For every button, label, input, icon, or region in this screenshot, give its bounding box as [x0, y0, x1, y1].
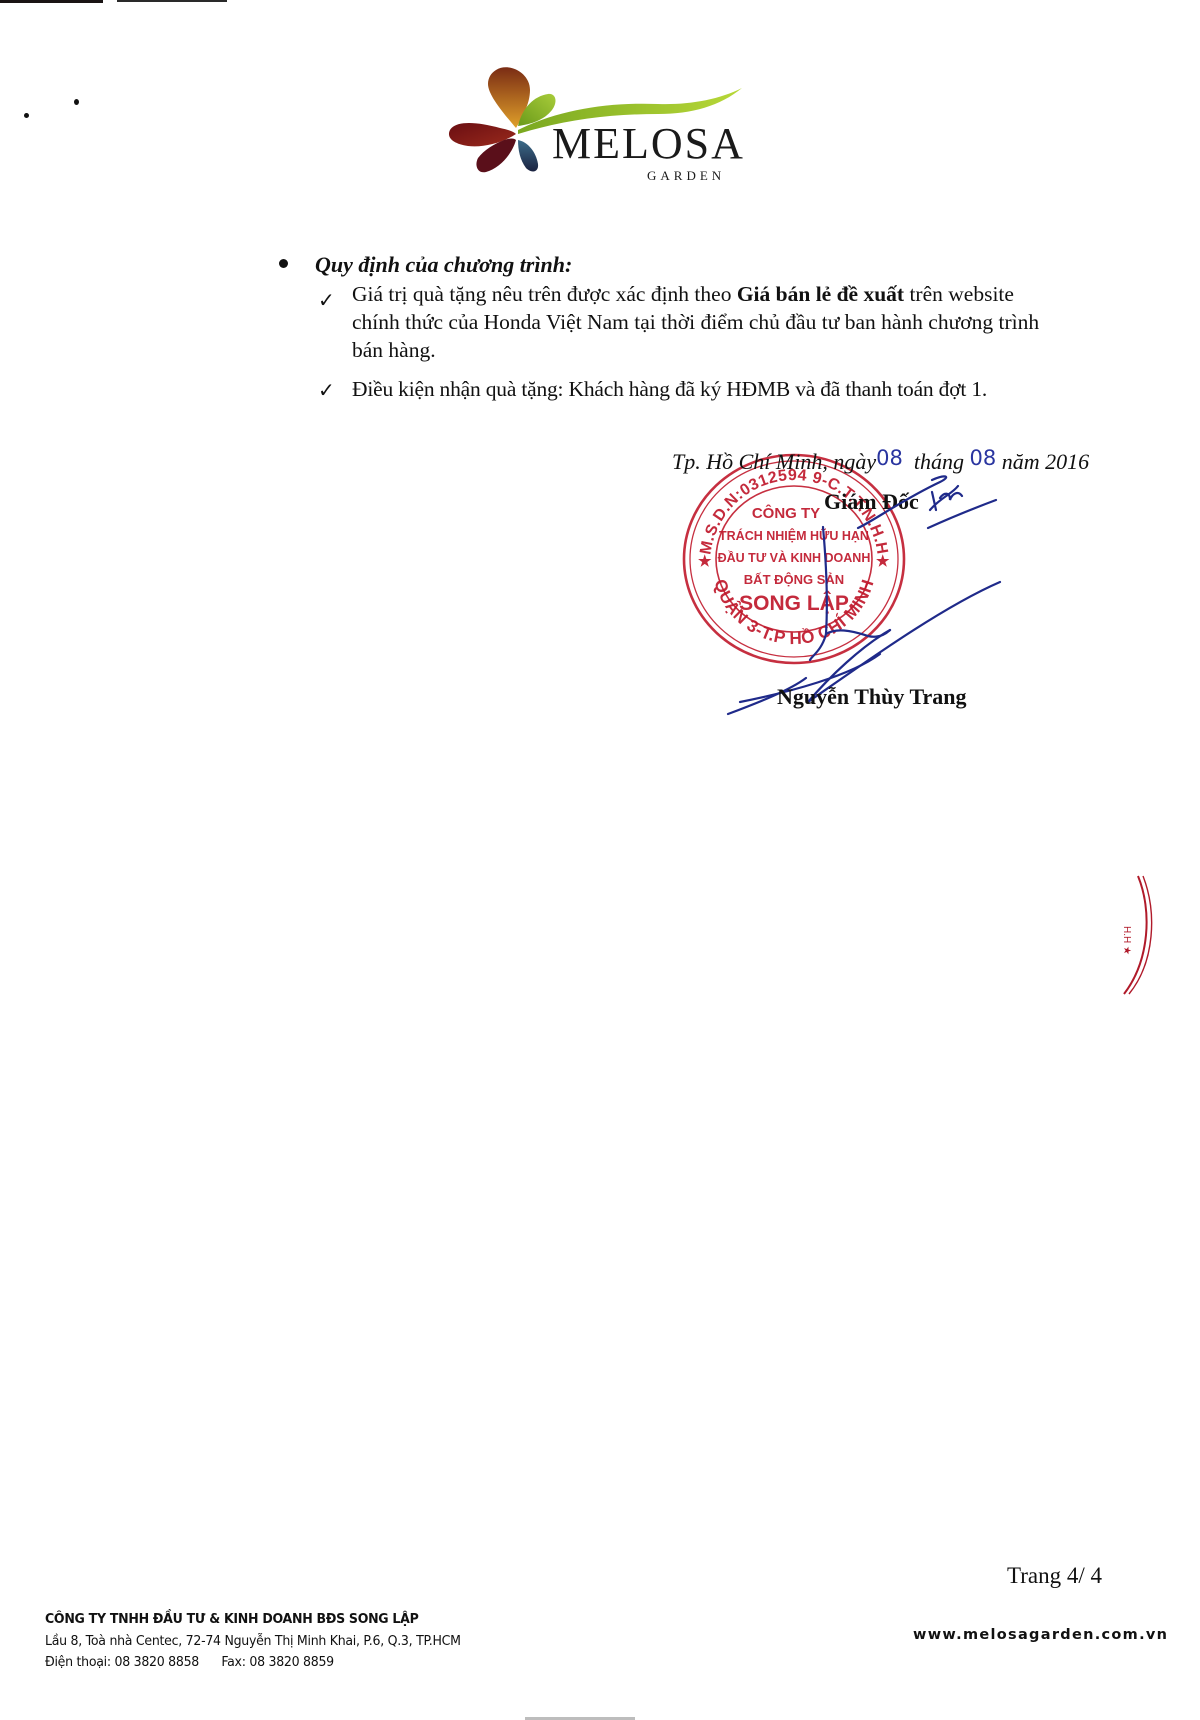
bullet-icon	[279, 259, 288, 268]
page-number: Trang 4/ 4	[1007, 1563, 1102, 1589]
rule-1-line-3: bán hàng.	[352, 336, 436, 364]
svg-text:H.H ★: H.H ★	[1121, 926, 1132, 955]
scan-speck	[24, 113, 29, 118]
checkmark-icon: ✓	[318, 377, 335, 405]
footer-website-link[interactable]: www.melosagarden.com.vn	[913, 1627, 1168, 1643]
rule-2-line-1: Điều kiện nhận quà tặng: Khách hàng đã k…	[352, 375, 987, 403]
signer-name: Nguyễn Thùy Trang	[777, 684, 967, 710]
rule-text: trên website	[904, 282, 1014, 306]
rule-emphasis: Giá bán lẻ đề xuất	[737, 282, 904, 306]
footer-contact: Điện thoại: 08 3820 8858Fax: 08 3820 885…	[45, 1654, 334, 1670]
logo-subtitle: GARDEN	[647, 169, 725, 182]
rule-1-line-2: chính thức của Honda Việt Nam tại thời đ…	[352, 308, 1039, 336]
footer-fax: Fax: 08 3820 8859	[221, 1654, 334, 1670]
rule-text: Giá trị quà tặng nêu trên được xác định …	[352, 282, 737, 306]
logo-wordmark: MELOSA	[552, 122, 745, 166]
section-heading: Quy định của chương trình:	[315, 251, 572, 279]
partial-stamp-fragment: H.H ★	[1110, 870, 1170, 1000]
stamp-arc-icon: H.H ★	[1110, 870, 1170, 1000]
footer-address: Lầu 8, Toà nhà Centec, 72-74 Nguyễn Thị …	[45, 1633, 461, 1649]
scan-edge-artifact	[117, 0, 227, 2]
scan-speck	[74, 99, 79, 105]
checkmark-icon: ✓	[318, 287, 335, 315]
footer-company-name: CÔNG TY TNHH ĐẦU TƯ & KINH DOANH BĐS SON…	[45, 1611, 419, 1627]
footer-phone: Điện thoại: 08 3820 8858	[45, 1654, 199, 1670]
scan-edge-artifact	[0, 0, 103, 3]
rule-1-line-1: Giá trị quà tặng nêu trên được xác định …	[352, 280, 1014, 308]
